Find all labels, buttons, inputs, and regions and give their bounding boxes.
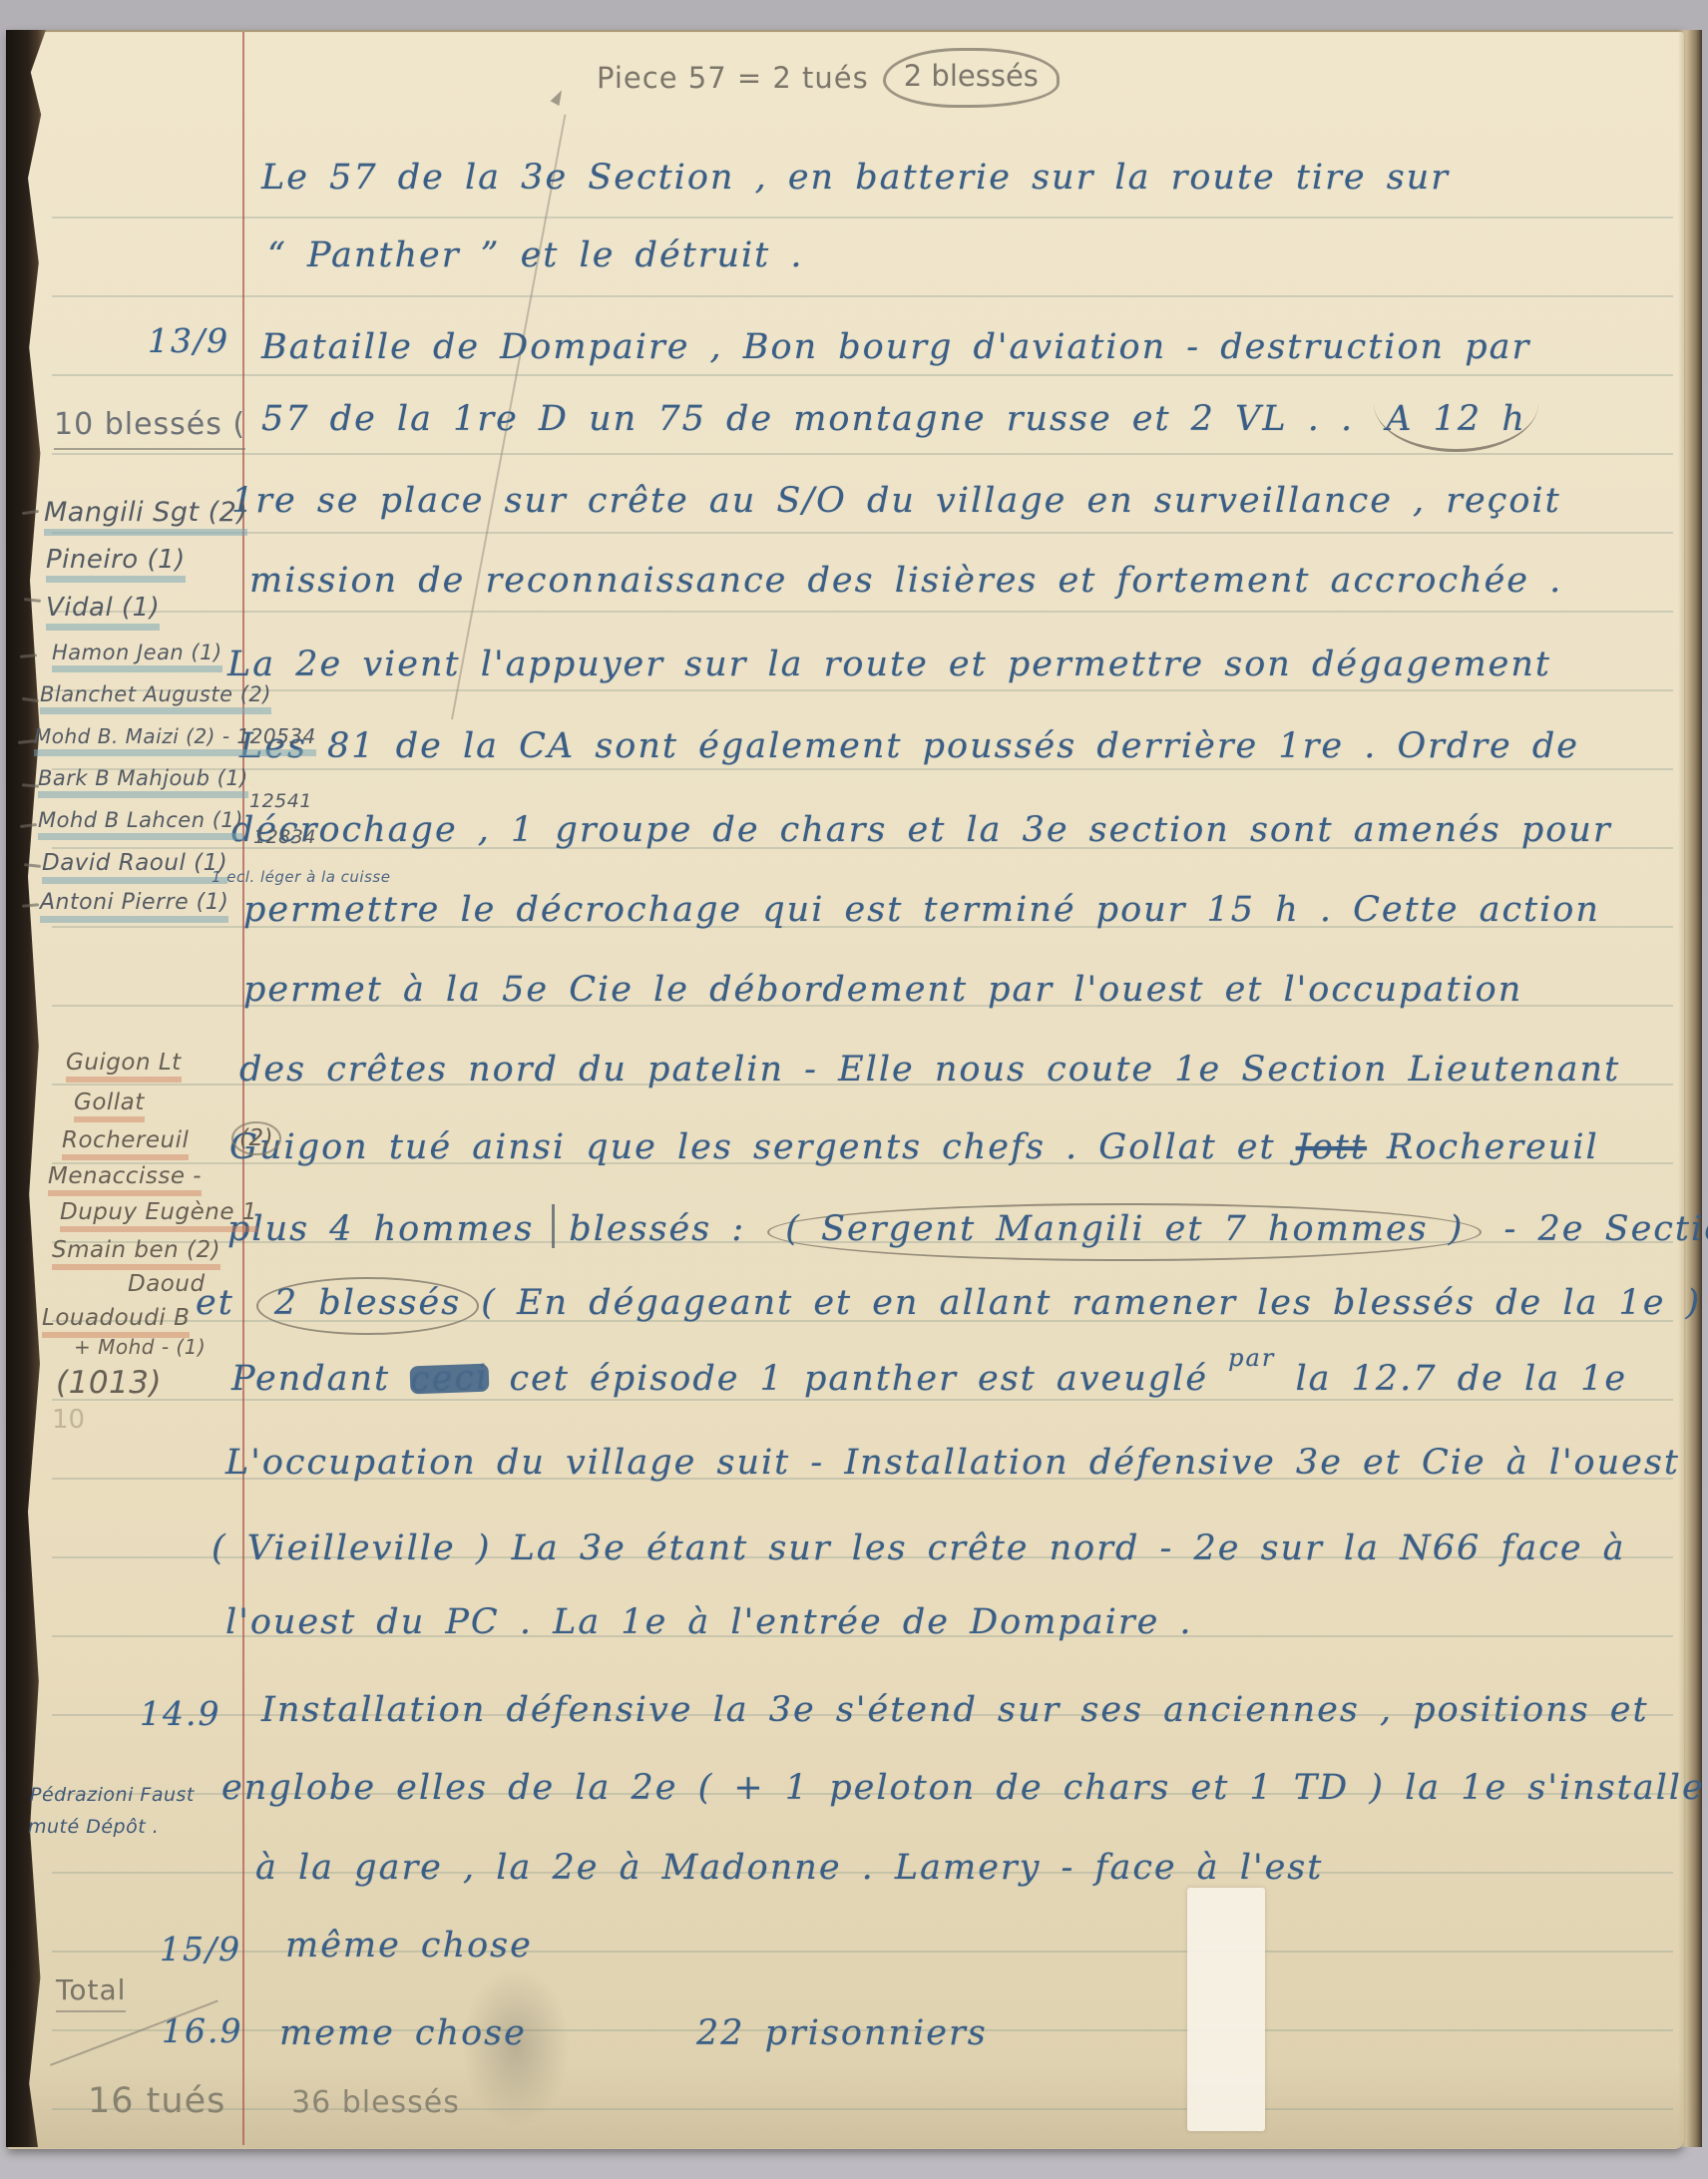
journal-line: 57 de la 1re D un 75 de montagne russe e… [261, 399, 1538, 452]
journal-line: mission de reconnaissance des lisières e… [249, 561, 1562, 601]
line-text: Rochereuil [1367, 1127, 1599, 1167]
journal-line: permettre le décrochage qui est terminé … [243, 890, 1600, 930]
name-text: Dupuy Eugène 1 [60, 1199, 257, 1232]
journal-line: des crêtes nord du patelin - Elle nous c… [239, 1050, 1620, 1089]
journal-line: Pendant ceci cet épisode 1 panther est a… [231, 1359, 1627, 1399]
struck-word: Jott [1296, 1127, 1367, 1167]
wounded-name: Mohd B Lahcen (1) [38, 808, 243, 832]
transfer-note-line: Pédrazioni Faust [30, 1784, 195, 1806]
faint-pencil-number: 10 [52, 1405, 85, 1435]
scanned-journal-page: Piece 57 = 2 tués 2 blessés Le 57 de la … [0, 0, 1708, 2179]
wounded-name: Hamon Jean (1) [52, 641, 222, 664]
margin-wounded-header: 10 blessés ( [54, 407, 245, 442]
tape-strip [1187, 1888, 1265, 2131]
wounded-header-text: 10 blessés ( [54, 407, 245, 450]
name-text: David Raoul (1) [42, 850, 227, 884]
journal-line: Installation défensive la 3e s'étend sur… [261, 1690, 1649, 1730]
name-text: Guigon Lt [66, 1050, 182, 1083]
entry-date: 14.9 [140, 1694, 220, 1733]
wounded-name: Vidal (1) [46, 593, 160, 623]
name-text: Bark B Mahjoub (1) [38, 766, 248, 798]
wounded-name: Bark B Mahjoub (1) [38, 766, 248, 790]
top-pencil-note: Piece 57 = 2 tués 2 blessés [597, 48, 1060, 108]
circled-casualties: ( Sergent Mangili et 7 hommes ) [767, 1203, 1482, 1261]
killed-code: (1013) [56, 1365, 162, 1401]
page-right-edge [1678, 30, 1702, 2147]
journal-line: Le 57 de la 3e Section , en batterie sur… [261, 158, 1450, 198]
journal-line: Bataille de Dompaire , Bon bourg d'aviat… [261, 327, 1530, 367]
prisoners-count: 22 prisonniers [696, 2013, 988, 2053]
journal-line: ( Vieilleville ) La 3e étant sur les crê… [212, 1528, 1626, 1568]
line-text: ( En dégageant et en allant ramener les … [481, 1283, 1701, 1323]
journal-line: La 2e vient l'appuyer sur la route et pe… [227, 645, 1551, 684]
journal-line: plus 4 hommesblessés : ( Sergent Mangili… [227, 1203, 1708, 1261]
journal-line: décrochage , 1 groupe de chars et la 3e … [231, 810, 1612, 850]
journal-line: Les 81 de la CA sont également poussés d… [239, 726, 1579, 766]
journal-line: meme chose 22 prisonniers [279, 2013, 988, 2053]
underlined-time: A 12 h [1374, 399, 1538, 452]
killed-name: Dupuy Eugène 1 [60, 1199, 257, 1225]
scribbled-word: ceci [410, 1364, 490, 1395]
name-text: Blanchet Auguste (2) [40, 682, 271, 714]
total-wounded: 36 blessés [291, 2085, 460, 2120]
line-text: cet épisode 1 panther est aveuglé [489, 1359, 1228, 1399]
wounded-name: Pineiro (1) [46, 545, 186, 575]
top-note-text: Piece 57 = 2 tués [597, 61, 869, 95]
entry-date: 13/9 [148, 321, 229, 360]
wounded-name: Blanchet Auguste (2) [40, 682, 271, 706]
journal-line: “ Panther ” et le détruit . [267, 235, 804, 275]
name-text: Vidal (1) [46, 593, 160, 631]
transfer-note-line: muté Dépôt . [28, 1816, 159, 1838]
wounded-name: Mangili Sgt (2) [44, 497, 247, 528]
killed-name: Menaccisse - [48, 1163, 202, 1189]
entry-date: 15/9 [160, 1930, 241, 1968]
line-text: - 2e Section 1 tué [1484, 1209, 1708, 1249]
divider-bar [552, 1204, 555, 1248]
wounded-name: Mohd B. Maizi (2) - 120534 [34, 724, 316, 748]
rochereuil-count: (2) [231, 1121, 281, 1155]
matricule-number: 12834 [253, 826, 316, 848]
journal-line: et 2 blessés( En dégageant et en allant … [196, 1277, 1701, 1335]
matricule-number: 12541 [249, 790, 312, 812]
name-text: Gollat [74, 1089, 145, 1122]
killed-name: Rochereuil [62, 1127, 189, 1153]
circled-wounded: 2 blessés [256, 1277, 479, 1335]
journal-line: l'ouest du PC . La 1e à l'entrée de Domp… [225, 1602, 1193, 1642]
killed-name: Guigon Lt [66, 1050, 182, 1076]
line-text: 57 de la 1re D un 75 de montagne russe e… [261, 399, 1354, 439]
name-text: Mohd B Lahcen (1) [38, 808, 243, 840]
name-text: Hamon Jean (1) [52, 641, 222, 672]
line-text: la 12.7 de la 1e [1275, 1359, 1627, 1399]
wounded-name: Antoni Pierre (1) [40, 890, 228, 915]
name-text: Smain ben (2) [52, 1237, 220, 1270]
killed-name: Smain ben (2) [52, 1237, 220, 1263]
line-text: blessés : [569, 1209, 765, 1249]
killed-name: Gollat [74, 1089, 145, 1115]
journal-line: à la gare , la 2e à Madonne . Lamery - f… [255, 1848, 1323, 1888]
name-text: Mohd B. Maizi (2) - 120534 [34, 724, 316, 756]
wounded-name: David Raoul (1) [42, 850, 227, 876]
journal-line: permet à la 5e Cie le débordement par l'… [243, 970, 1522, 1010]
killed-name: Louadoudi B [42, 1305, 190, 1331]
total-label-text: Total [56, 1973, 126, 2012]
name-text: Mangili Sgt (2) [44, 497, 247, 536]
name-text: Louadoudi B [42, 1305, 190, 1338]
name-text: Rochereuil [62, 1127, 189, 1160]
killed-name: Daoud [128, 1271, 206, 1297]
name-text: Pineiro (1) [46, 545, 186, 583]
journal-line: L'occupation du village suit - Installat… [225, 1443, 1680, 1483]
name-text: Menaccisse - [48, 1163, 202, 1196]
inserted-word: par [1228, 1344, 1275, 1372]
wound-detail-note: 1 ecl. léger à la cuisse [212, 868, 390, 886]
journal-line: Guigon tué ainsi que les sergents chefs … [229, 1127, 1599, 1167]
line-text: Pendant [231, 1359, 410, 1399]
line-text: meme chose [279, 2013, 527, 2053]
line-text: plus 4 hommes [227, 1209, 534, 1249]
line-text: Guigon tué ainsi que les sergents chefs … [229, 1127, 1296, 1167]
top-note-circled: 2 blessés [883, 48, 1060, 108]
name-text: Antoni Pierre (1) [40, 890, 228, 923]
killed-name: + Mohd - (1) [74, 1335, 206, 1359]
total-killed: 16 tués [88, 2081, 225, 2121]
journal-line: 1re se place sur crête au S/O du village… [231, 481, 1561, 521]
journal-line: même chose [285, 1926, 533, 1965]
journal-line: englobe elles de la 2e ( + 1 peloton de … [221, 1768, 1705, 1808]
total-label: Total [56, 1973, 126, 2006]
